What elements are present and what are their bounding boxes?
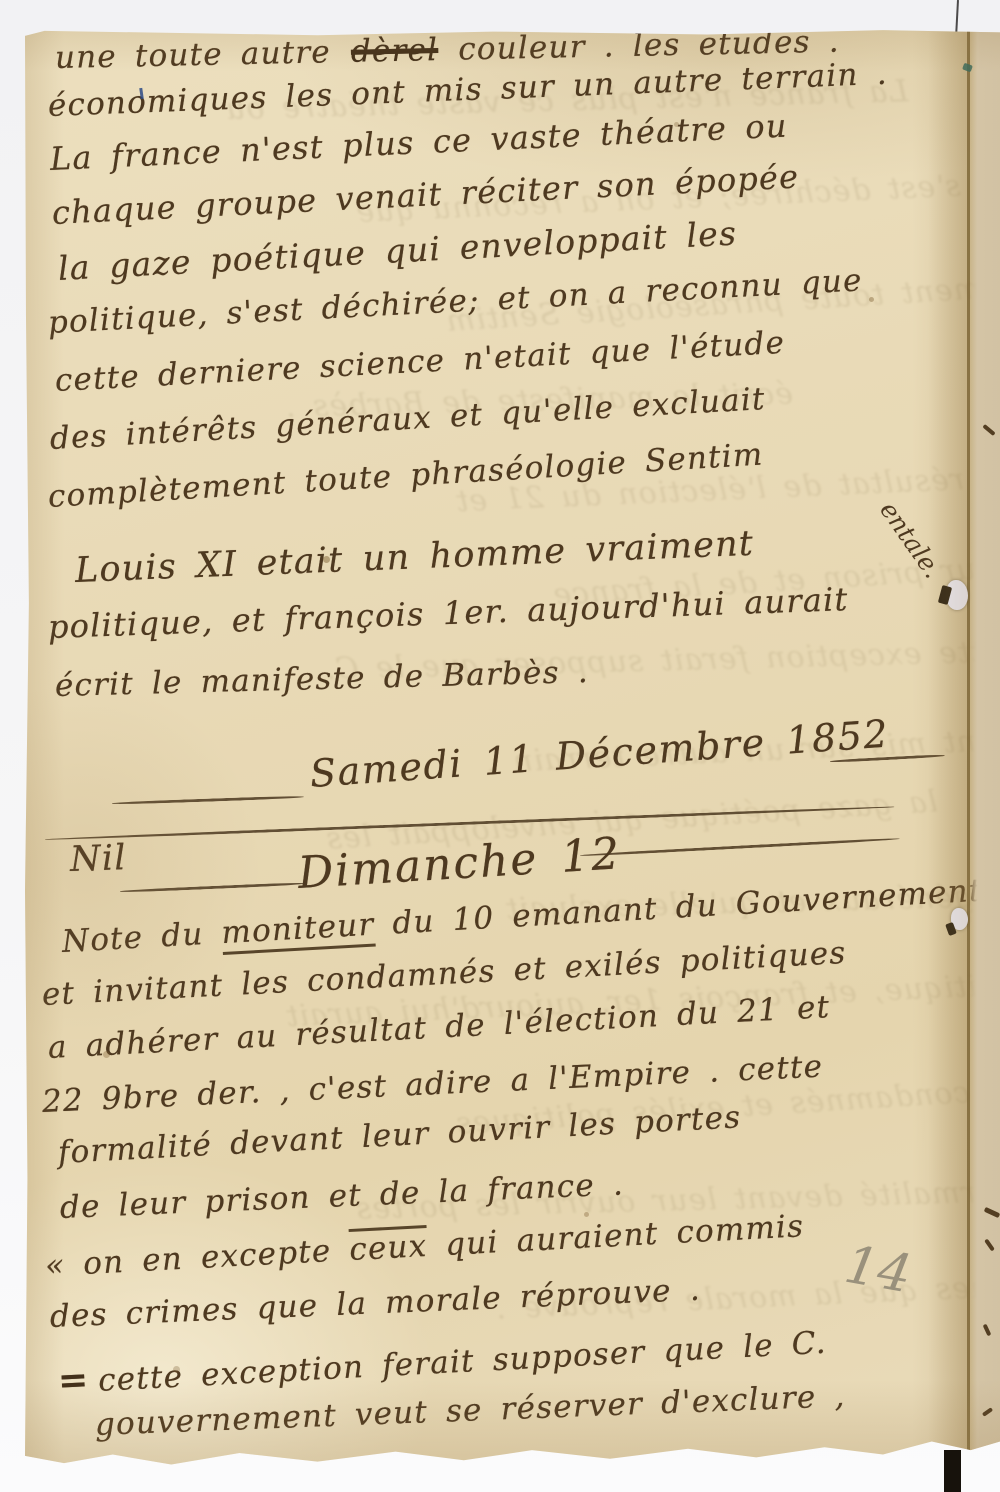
manuscript-photograph: La france n'est plus ce vaste théatre ou…	[0, 0, 1000, 1492]
struck-word: dèrel	[349, 32, 441, 70]
facing-page-ink-mark	[984, 1239, 995, 1252]
facing-page-ink-mark	[983, 1324, 992, 1337]
facing-page-ink-mark	[982, 424, 995, 436]
facing-page-ink-mark	[982, 1407, 993, 1417]
facing-page-sliver	[970, 28, 1000, 1466]
overlined-word: ceux	[348, 1225, 428, 1268]
gutter-shadow	[928, 28, 970, 1466]
margin-equals-mark: =	[57, 1358, 89, 1402]
paper-specks	[25, 28, 28, 31]
underlined-word: moniteur	[220, 907, 375, 955]
manuscript-page: La france n'est plus ce vaste théatre ou…	[25, 28, 1000, 1466]
binding-edge	[944, 1450, 961, 1492]
marginal-note-nil: Nil	[69, 838, 127, 880]
line-text: une toute autre	[55, 34, 350, 76]
pencil-page-number: 14	[840, 1235, 916, 1306]
facing-page-ink-mark	[984, 1207, 1000, 1218]
